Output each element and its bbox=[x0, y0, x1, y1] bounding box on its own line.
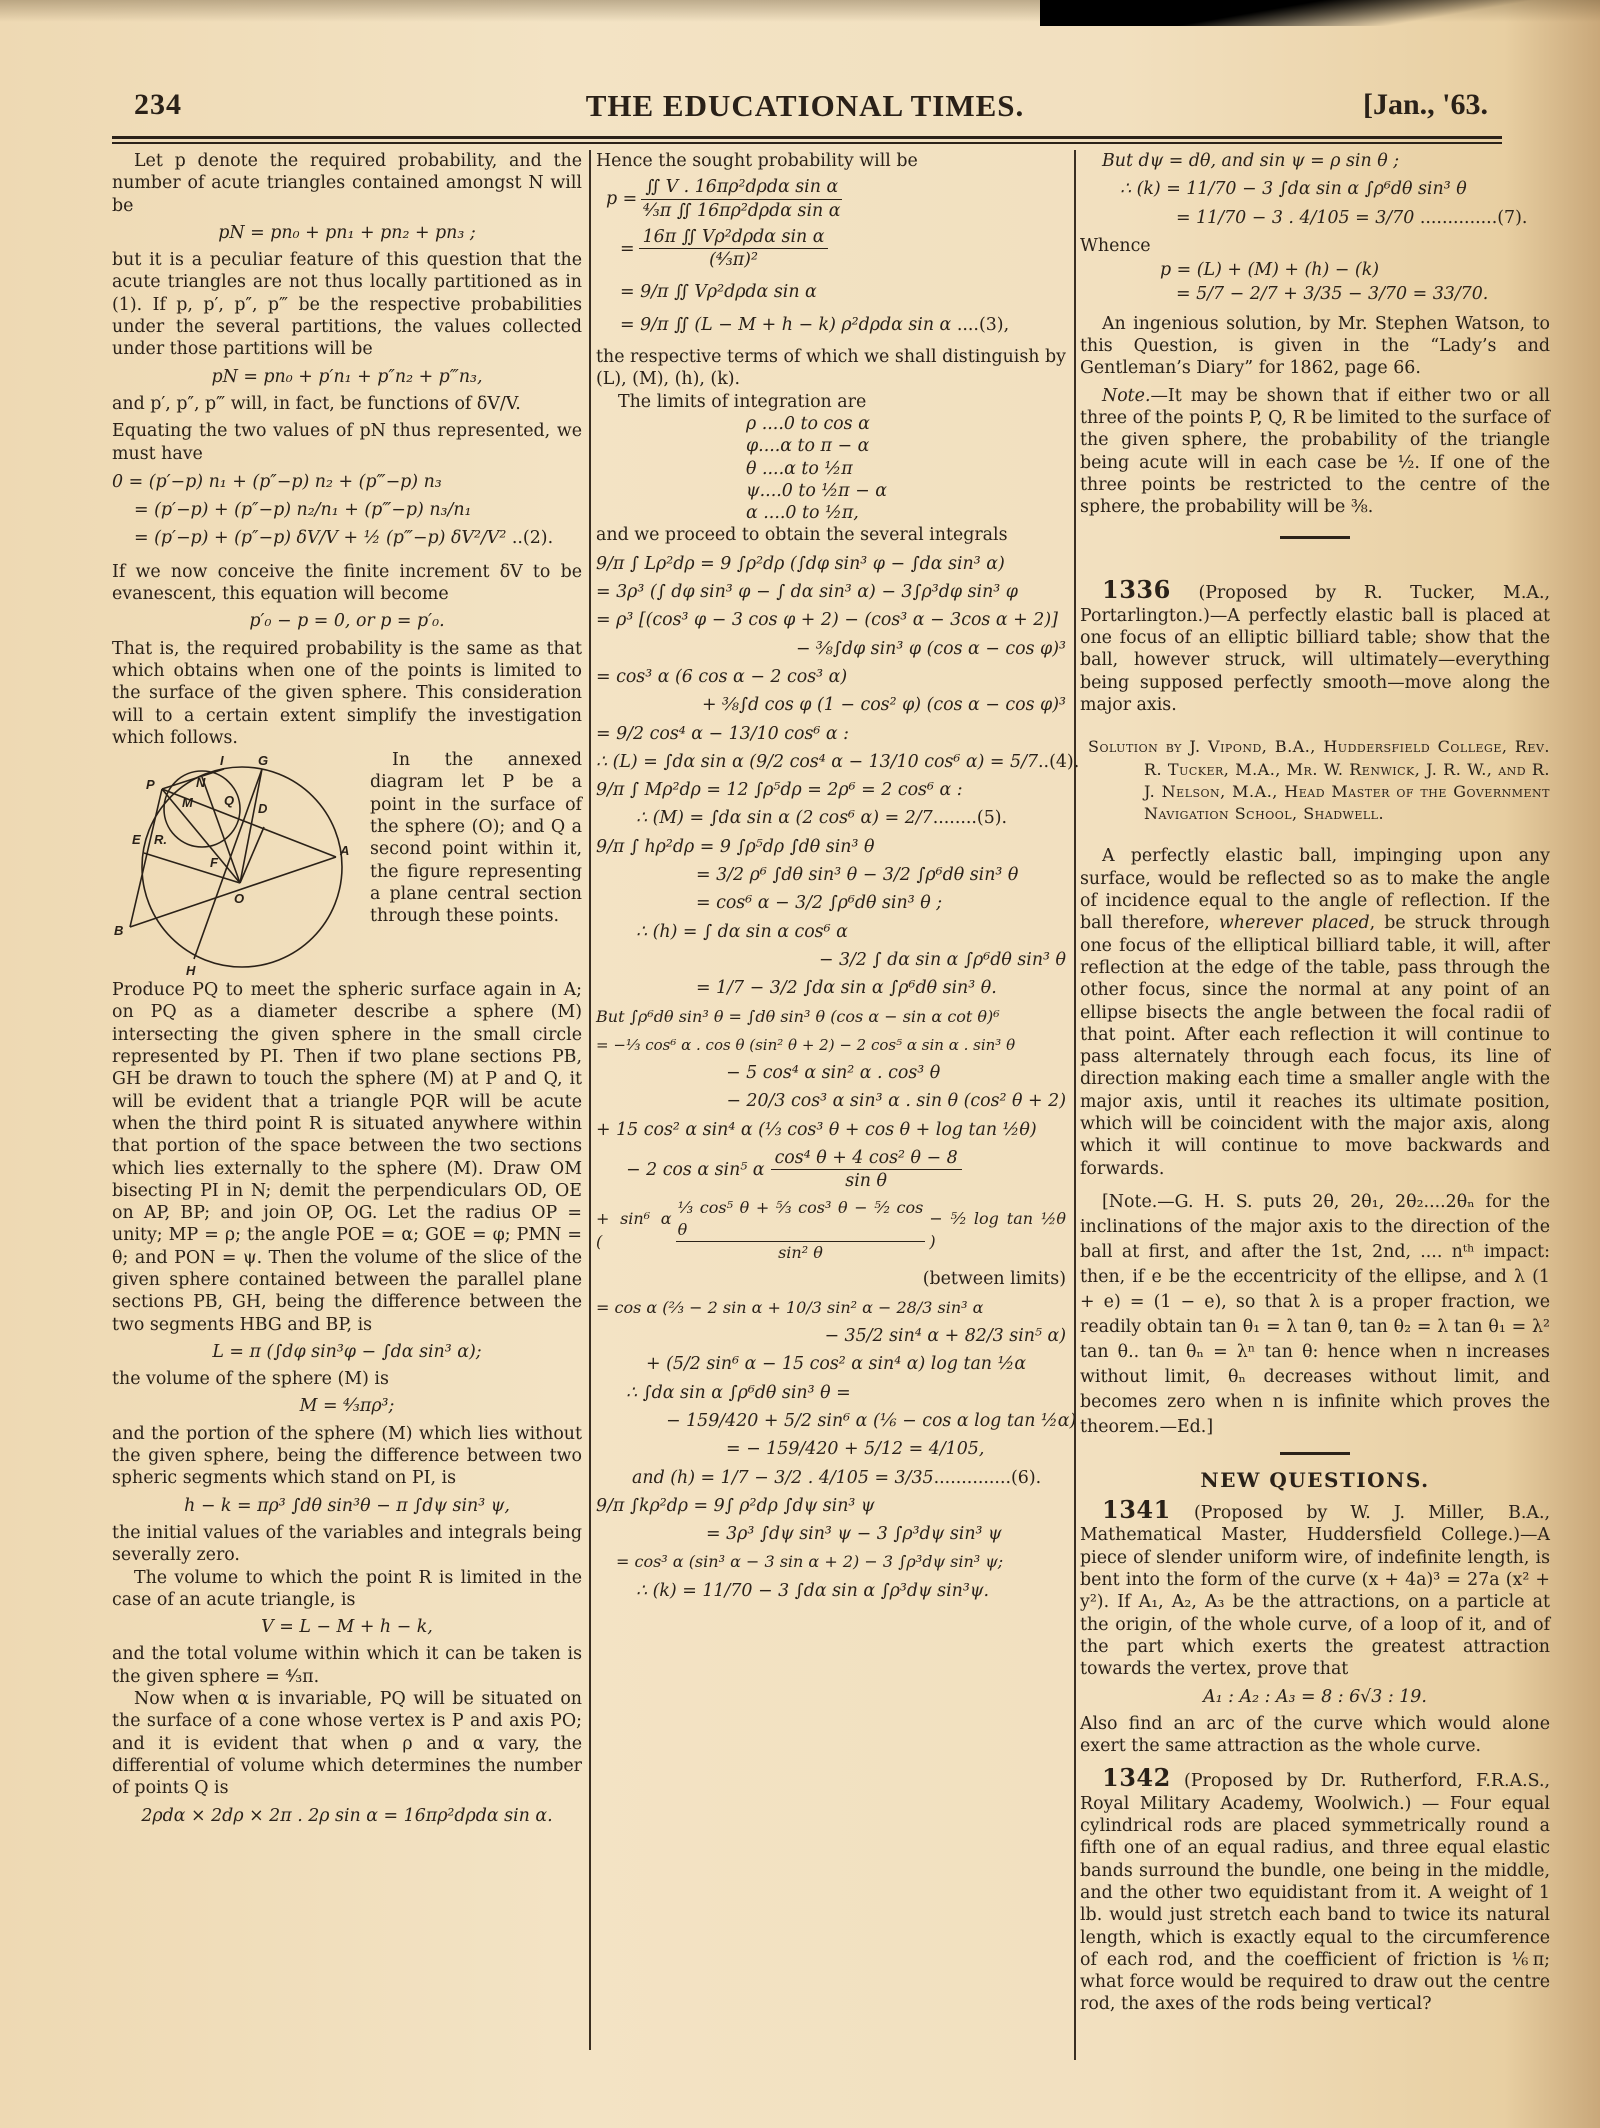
limit-phi: φ....α to π − α bbox=[746, 435, 1066, 457]
paragraph: and the portion of the sphere (M) which … bbox=[112, 1423, 582, 1490]
fraction-numerator: cos⁴ θ + 4 cos² θ − 8 bbox=[771, 1147, 962, 1170]
diagram-label-a: A bbox=[339, 843, 349, 858]
equation: 9/π ∫ hρ²dρ = 9 ∫ρ⁵dρ ∫dθ sin³ θ bbox=[596, 836, 1066, 858]
diagram-label-q: Q bbox=[224, 793, 234, 808]
column-divider bbox=[1074, 150, 1076, 2060]
column-left: Let p denote the required probability, a… bbox=[112, 150, 582, 1832]
solution-emphasis: wherever placed bbox=[1219, 913, 1370, 933]
question-1342: 1342 (Proposed by Dr. Rutherford, F.R.A.… bbox=[1080, 1767, 1550, 2015]
equation: pN = pn₀ + p′n₁ + p″n₂ + p‴n₃, bbox=[112, 366, 582, 388]
equation-suffix: − ⁵⁄₂ log tan ½θ ) bbox=[929, 1208, 1066, 1253]
note-text: —It may be shown that if either two or a… bbox=[1080, 386, 1550, 517]
diagram-label-m: M bbox=[182, 795, 194, 810]
equation: 2ρdα × 2dρ × 2π . 2ρ sin α = 16πρ²dρdα s… bbox=[112, 1805, 582, 1827]
equation: = 5/7 − 2/7 + 3/35 − 3/70 = 33/70. bbox=[1080, 283, 1550, 305]
fraction-numerator: 16π ∬ Vρ²dρdα sin α bbox=[639, 226, 829, 249]
equation: But ∫ρ⁶dθ sin³ θ = ∫dθ sin³ θ (cos α − s… bbox=[596, 1006, 1066, 1028]
column-divider bbox=[589, 150, 591, 2050]
equation: pN = pn₀ + pn₁ + pn₂ + pn₃ ; bbox=[112, 222, 582, 244]
figure-caption-text: In the annexed diagram let P be a point … bbox=[370, 749, 582, 927]
issue-date: [Jan., '63. bbox=[1363, 88, 1488, 122]
equation: − 35/2 sin⁴ α + 82/3 sin⁵ α) bbox=[596, 1325, 1066, 1347]
paragraph: the initial values of the variables and … bbox=[112, 1522, 582, 1567]
equation: p = (L) + (M) + (h) − (k) bbox=[1080, 259, 1550, 281]
paragraph: Also find an arc of the curve which woul… bbox=[1080, 1713, 1550, 1758]
paragraph: Now when α is invariable, PQ will be sit… bbox=[112, 1688, 582, 1799]
equation-body: = (p′−p) + (p″−p) δV/V + ½ (p‴−p) δV²/V² bbox=[134, 528, 506, 548]
equation: = cos α (⅔ − 2 sin α + 10/3 sin² α − 28/… bbox=[596, 1297, 1066, 1319]
fraction-denominator: sin² θ bbox=[778, 1242, 823, 1264]
column-middle: Hence the sought probability will be p =… bbox=[596, 150, 1066, 1608]
equation: − 5 cos⁴ α sin² α . cos³ θ bbox=[596, 1062, 1066, 1084]
fraction-equation: + sin⁶ α ( ⅓ cos⁵ θ + ⁵⁄₃ cos³ θ − ⁵⁄₂ c… bbox=[596, 1197, 1066, 1265]
diagram-label-f: F bbox=[210, 855, 219, 870]
diagram-label-b: B bbox=[114, 923, 123, 938]
equation: = cos³ α (6 cos α − 2 cos³ α) bbox=[596, 666, 1066, 688]
question-number: 1336 bbox=[1102, 575, 1171, 604]
fraction-equation: − 2 cos α sin⁵ α cos⁴ θ + 4 cos² θ − 8 s… bbox=[596, 1147, 1066, 1193]
equation: 0 = (p′−p) n₁ + (p″−p) n₂ + (p‴−p) n₃ bbox=[112, 471, 582, 493]
paragraph: Equating the two values of pN thus repre… bbox=[112, 420, 582, 465]
equation: = 11/70 − 3 . 4/105 = 3/70 .............… bbox=[1080, 207, 1550, 229]
solution-heading: Solution by J. Vipond, B.A., Huddersfiel… bbox=[1080, 736, 1550, 825]
equation: ∴ ∫dα sin α ∫ρ⁶dθ sin³ θ = bbox=[596, 1382, 1066, 1404]
masthead: 234 THE EDUCATIONAL TIMES. [Jan., '63. bbox=[110, 88, 1500, 130]
equation: = ρ³ [(cos³ φ − 3 cos φ + 2) − (cos³ α −… bbox=[596, 609, 1066, 631]
equation-body: = 11/70 − 3 . 4/105 = 3/70 bbox=[1176, 208, 1414, 228]
paragraph: Let p denote the required probability, a… bbox=[112, 150, 582, 217]
sphere-section-diagram: P I G N M Q D E R. F A O B H bbox=[112, 749, 362, 979]
diagram-label-g: G bbox=[258, 753, 268, 768]
paragraph: An ingenious solution, by Mr. Stephen Wa… bbox=[1080, 313, 1550, 380]
paragraph: and the total volume within which it can… bbox=[112, 1643, 582, 1688]
equation: p′₀ − p = 0, or p = p′₀. bbox=[112, 610, 582, 632]
equation: = 3ρ³ ∫dψ sin³ ψ − 3 ∫ρ³dψ sin³ ψ bbox=[596, 1523, 1066, 1545]
diagram-label-r: R. bbox=[154, 832, 167, 847]
equation-number: ..(4). bbox=[1038, 752, 1079, 772]
equation-number: ..(2). bbox=[512, 528, 553, 548]
solution-paragraph: A perfectly elastic ball, impinging upon… bbox=[1080, 845, 1550, 1179]
equation: = 3/2 ρ⁶ ∫dθ sin³ θ − 3/2 ∫ρ⁶dθ sin³ θ bbox=[596, 864, 1066, 886]
equation: ∴ (L) = ∫dα sin α (9/2 cos⁴ α − 13/10 co… bbox=[596, 751, 1066, 773]
fraction-numerator: ⅓ cos⁵ θ + ⁵⁄₃ cos³ θ − ⁵⁄₂ cos θ bbox=[676, 1197, 926, 1243]
equation-prefix: + sin⁶ α ( bbox=[596, 1208, 672, 1253]
editor-note: [Note.—G. H. S. puts 2θ, 2θ₁, 2θ₂....2θₙ… bbox=[1080, 1190, 1550, 1440]
equation-number: ....(3), bbox=[957, 315, 1009, 335]
fraction-denominator: sin θ bbox=[845, 1170, 887, 1192]
equation: + 15 cos² α sin⁴ α (⅓ cos³ θ + cos θ + l… bbox=[596, 1119, 1066, 1141]
limit-theta: θ ....α to ½π bbox=[746, 458, 1066, 480]
publication-title: THE EDUCATIONAL TIMES. bbox=[110, 88, 1500, 124]
section-divider bbox=[1280, 1452, 1350, 1455]
question-1336: 1336 (Proposed by R. Tucker, M.A., Porta… bbox=[1080, 579, 1550, 716]
equation: M = ⁴⁄₃πρ³; bbox=[112, 1395, 582, 1417]
equation: + ⅜∫d cos φ (1 − cos² φ) (cos α − cos φ)… bbox=[596, 694, 1066, 716]
equation: = 9/2 cos⁴ α − 13/10 cos⁶ α : bbox=[596, 723, 1066, 745]
equation-prefix: − 2 cos α sin⁵ α bbox=[626, 1159, 765, 1181]
equation: − 3/2 ∫ dα sin α ∫ρ⁶dθ sin³ θ bbox=[596, 949, 1066, 971]
fraction-numerator: ∬ V . 16πρ²dρdα sin α bbox=[641, 176, 842, 199]
diagram-label-p: P bbox=[146, 777, 155, 792]
diagram-label-h: H bbox=[186, 963, 196, 978]
fraction-equation: = 16π ∬ Vρ²dρdα sin α (⁴⁄₃π)² bbox=[620, 226, 1066, 272]
paragraph: The volume to which the point R is limit… bbox=[112, 1567, 582, 1612]
equation: L = π (∫dφ sin³φ − ∫dα sin³ α); bbox=[112, 1341, 582, 1363]
question-number: 1342 bbox=[1102, 1763, 1171, 1792]
equation: ∴ (k) = 11/70 − 3 ∫dα sin α ∫ρ³dψ sin³ψ. bbox=[596, 1580, 1066, 1602]
equation: = cos⁶ α − 3/2 ∫ρ⁶dθ sin³ θ ; bbox=[596, 892, 1066, 914]
section-divider bbox=[1280, 536, 1350, 539]
equation: But dψ = dθ, and sin ψ = ρ sin θ ; bbox=[1080, 150, 1550, 172]
equation-number: ..............(6). bbox=[934, 1468, 1042, 1488]
header-rule-thin bbox=[112, 142, 1502, 144]
between-limits-note: (between limits) bbox=[596, 1268, 1066, 1290]
equation: = (p′−p) + (p″−p) δV/V + ½ (p‴−p) δV²/V²… bbox=[112, 527, 582, 549]
paragraph: The limits of integration are bbox=[596, 391, 1066, 413]
paragraph: and p′, p″, p‴ will, in fact, be functio… bbox=[112, 393, 582, 415]
equation: = − 159/420 + 5/12 = 4/105, bbox=[596, 1438, 1066, 1460]
paragraph: and we proceed to obtain the several int… bbox=[596, 524, 1066, 546]
equation-number: ........(5). bbox=[933, 808, 1007, 828]
equation: = cos³ α (sin³ α − 3 sin α + 2) − 3 ∫ρ³d… bbox=[596, 1551, 1066, 1573]
figure-block: P I G N M Q D E R. F A O B H In the anne… bbox=[112, 749, 582, 979]
equation-number: ..............(7). bbox=[1420, 208, 1528, 228]
equation-body: ∴ (M) = ∫dα sin α (2 cos⁶ α) = 2/7 bbox=[636, 808, 933, 828]
equation-body: ∴ (L) = ∫dα sin α (9/2 cos⁴ α − 13/10 co… bbox=[596, 752, 1038, 772]
equation: 9/π ∫ Lρ²dρ = 9 ∫ρ²dρ (∫dφ sin³ φ − ∫dα … bbox=[596, 553, 1066, 575]
diagram-label-n: N bbox=[196, 775, 206, 790]
paragraph: the respective terms of which we shall d… bbox=[596, 346, 1066, 391]
scan-edge-shadow bbox=[1040, 0, 1600, 26]
paragraph: That is, the required probability is the… bbox=[112, 638, 582, 749]
diagram-label-i: I bbox=[220, 753, 224, 768]
note-label: Note. bbox=[1102, 386, 1151, 406]
paragraph: Produce PQ to meet the spheric surface a… bbox=[112, 979, 582, 1336]
equation: ∴ (h) = ∫ dα sin α cos⁶ α bbox=[596, 921, 1066, 943]
paragraph: Whence bbox=[1080, 235, 1550, 257]
question-1341: 1341 (Proposed by W. J. Miller, B.A., Ma… bbox=[1080, 1499, 1550, 1680]
equation: 9/π ∫kρ²dρ = 9∫ ρ²dρ ∫dψ sin³ ψ bbox=[596, 1495, 1066, 1517]
limit-psi: ψ....0 to ½π − α bbox=[746, 480, 1066, 502]
fraction-denominator: ⁴⁄₃π ∬ 16πρ²dρdα sin α bbox=[643, 200, 841, 222]
equation: 9/π ∫ Mρ²dρ = 12 ∫ρ⁵dρ = 2ρ⁶ = 2 cos⁶ α … bbox=[596, 779, 1066, 801]
equation: − ⅜∫dφ sin³ φ (cos α − cos φ)³ bbox=[596, 638, 1066, 660]
question-number: 1341 bbox=[1102, 1495, 1171, 1524]
equation: + (5/2 sin⁶ α − 15 cos² α sin⁴ α) log ta… bbox=[596, 1353, 1066, 1375]
section-heading-new-questions: NEW QUESTIONS. bbox=[1080, 1469, 1550, 1491]
equation: = 9/π ∬ Vρ²dρdα sin α bbox=[596, 281, 1066, 303]
equation-body: = 9/π ∬ (L − M + h − k) ρ²dρdα sin α bbox=[620, 315, 951, 335]
equation: − 20/3 cos³ α sin³ α . sin θ (cos² θ + 2… bbox=[596, 1090, 1066, 1112]
equation: = (p′−p) + (p″−p) n₂/n₁ + (p‴−p) n₃/n₁ bbox=[112, 499, 582, 521]
fraction-denominator: (⁴⁄₃π)² bbox=[709, 249, 758, 271]
equation: ∴ (k) = 11/70 − 3 ∫dα sin α ∫ρ⁶dθ sin³ θ bbox=[1080, 178, 1550, 200]
paragraph: but it is a peculiar feature of this que… bbox=[112, 249, 582, 360]
limit-rho: ρ ....0 to cos α bbox=[746, 413, 1066, 435]
note-paragraph: Note.—It may be shown that if either two… bbox=[1080, 385, 1550, 519]
question-text: (Proposed by Dr. Rutherford, F.R.A.S., R… bbox=[1080, 1771, 1550, 2014]
equation: = 1/7 − 3/2 ∫dα sin α ∫ρ⁶dθ sin³ θ. bbox=[596, 977, 1066, 999]
equation: = 3ρ³ (∫ dφ sin³ φ − ∫ dα sin³ α) − 3∫ρ³… bbox=[596, 581, 1066, 603]
diagram-label-o: O bbox=[234, 891, 244, 906]
column-right: But dψ = dθ, and sin ψ = ρ sin θ ; ∴ (k)… bbox=[1080, 150, 1550, 2016]
paragraph: the volume of the sphere (M) is bbox=[112, 1368, 582, 1390]
equation: = −⅓ cos⁶ α . cos θ (sin² θ + 2) − 2 cos… bbox=[596, 1034, 1066, 1056]
diagram-label-d: D bbox=[258, 801, 268, 816]
equation: − 159/420 + 5/2 sin⁶ α (⅙ − cos α log ta… bbox=[596, 1410, 1066, 1432]
equation: V = L − M + h − k, bbox=[112, 1616, 582, 1638]
equation: ∴ (M) = ∫dα sin α (2 cos⁶ α) = 2/7......… bbox=[596, 807, 1066, 829]
equation: and (h) = 1/7 − 3/2 . 4/105 = 3/35......… bbox=[596, 1467, 1066, 1489]
limit-alpha: α ....0 to ½π, bbox=[746, 502, 1066, 524]
solution-text: , be struck through one focus of the ell… bbox=[1080, 913, 1550, 1178]
fraction-equation: p = ∬ V . 16πρ²dρdα sin α ⁴⁄₃π ∬ 16πρ²dρ… bbox=[606, 176, 1066, 222]
question-text: (Proposed by W. J. Miller, B.A., Mathema… bbox=[1080, 1503, 1550, 1679]
integration-limits: ρ ....0 to cos α φ....α to π − α θ ....α… bbox=[596, 413, 1066, 524]
paragraph: Hence the sought probability will be bbox=[596, 150, 1066, 172]
equation: h − k = πρ³ ∫dθ sin³θ − π ∫dψ sin³ ψ, bbox=[112, 1495, 582, 1517]
equation: A₁ : A₂ : A₃ = 8 : 6√3 : 19. bbox=[1080, 1686, 1550, 1708]
equation: = 9/π ∬ (L − M + h − k) ρ²dρdα sin α ...… bbox=[596, 314, 1066, 336]
equation-body: and (h) = 1/7 − 3/2 . 4/105 = 3/35 bbox=[632, 1468, 934, 1488]
diagram-label-e: E bbox=[132, 832, 141, 847]
header-rule bbox=[112, 136, 1502, 139]
paragraph: If we now conceive the finite increment … bbox=[112, 561, 582, 606]
